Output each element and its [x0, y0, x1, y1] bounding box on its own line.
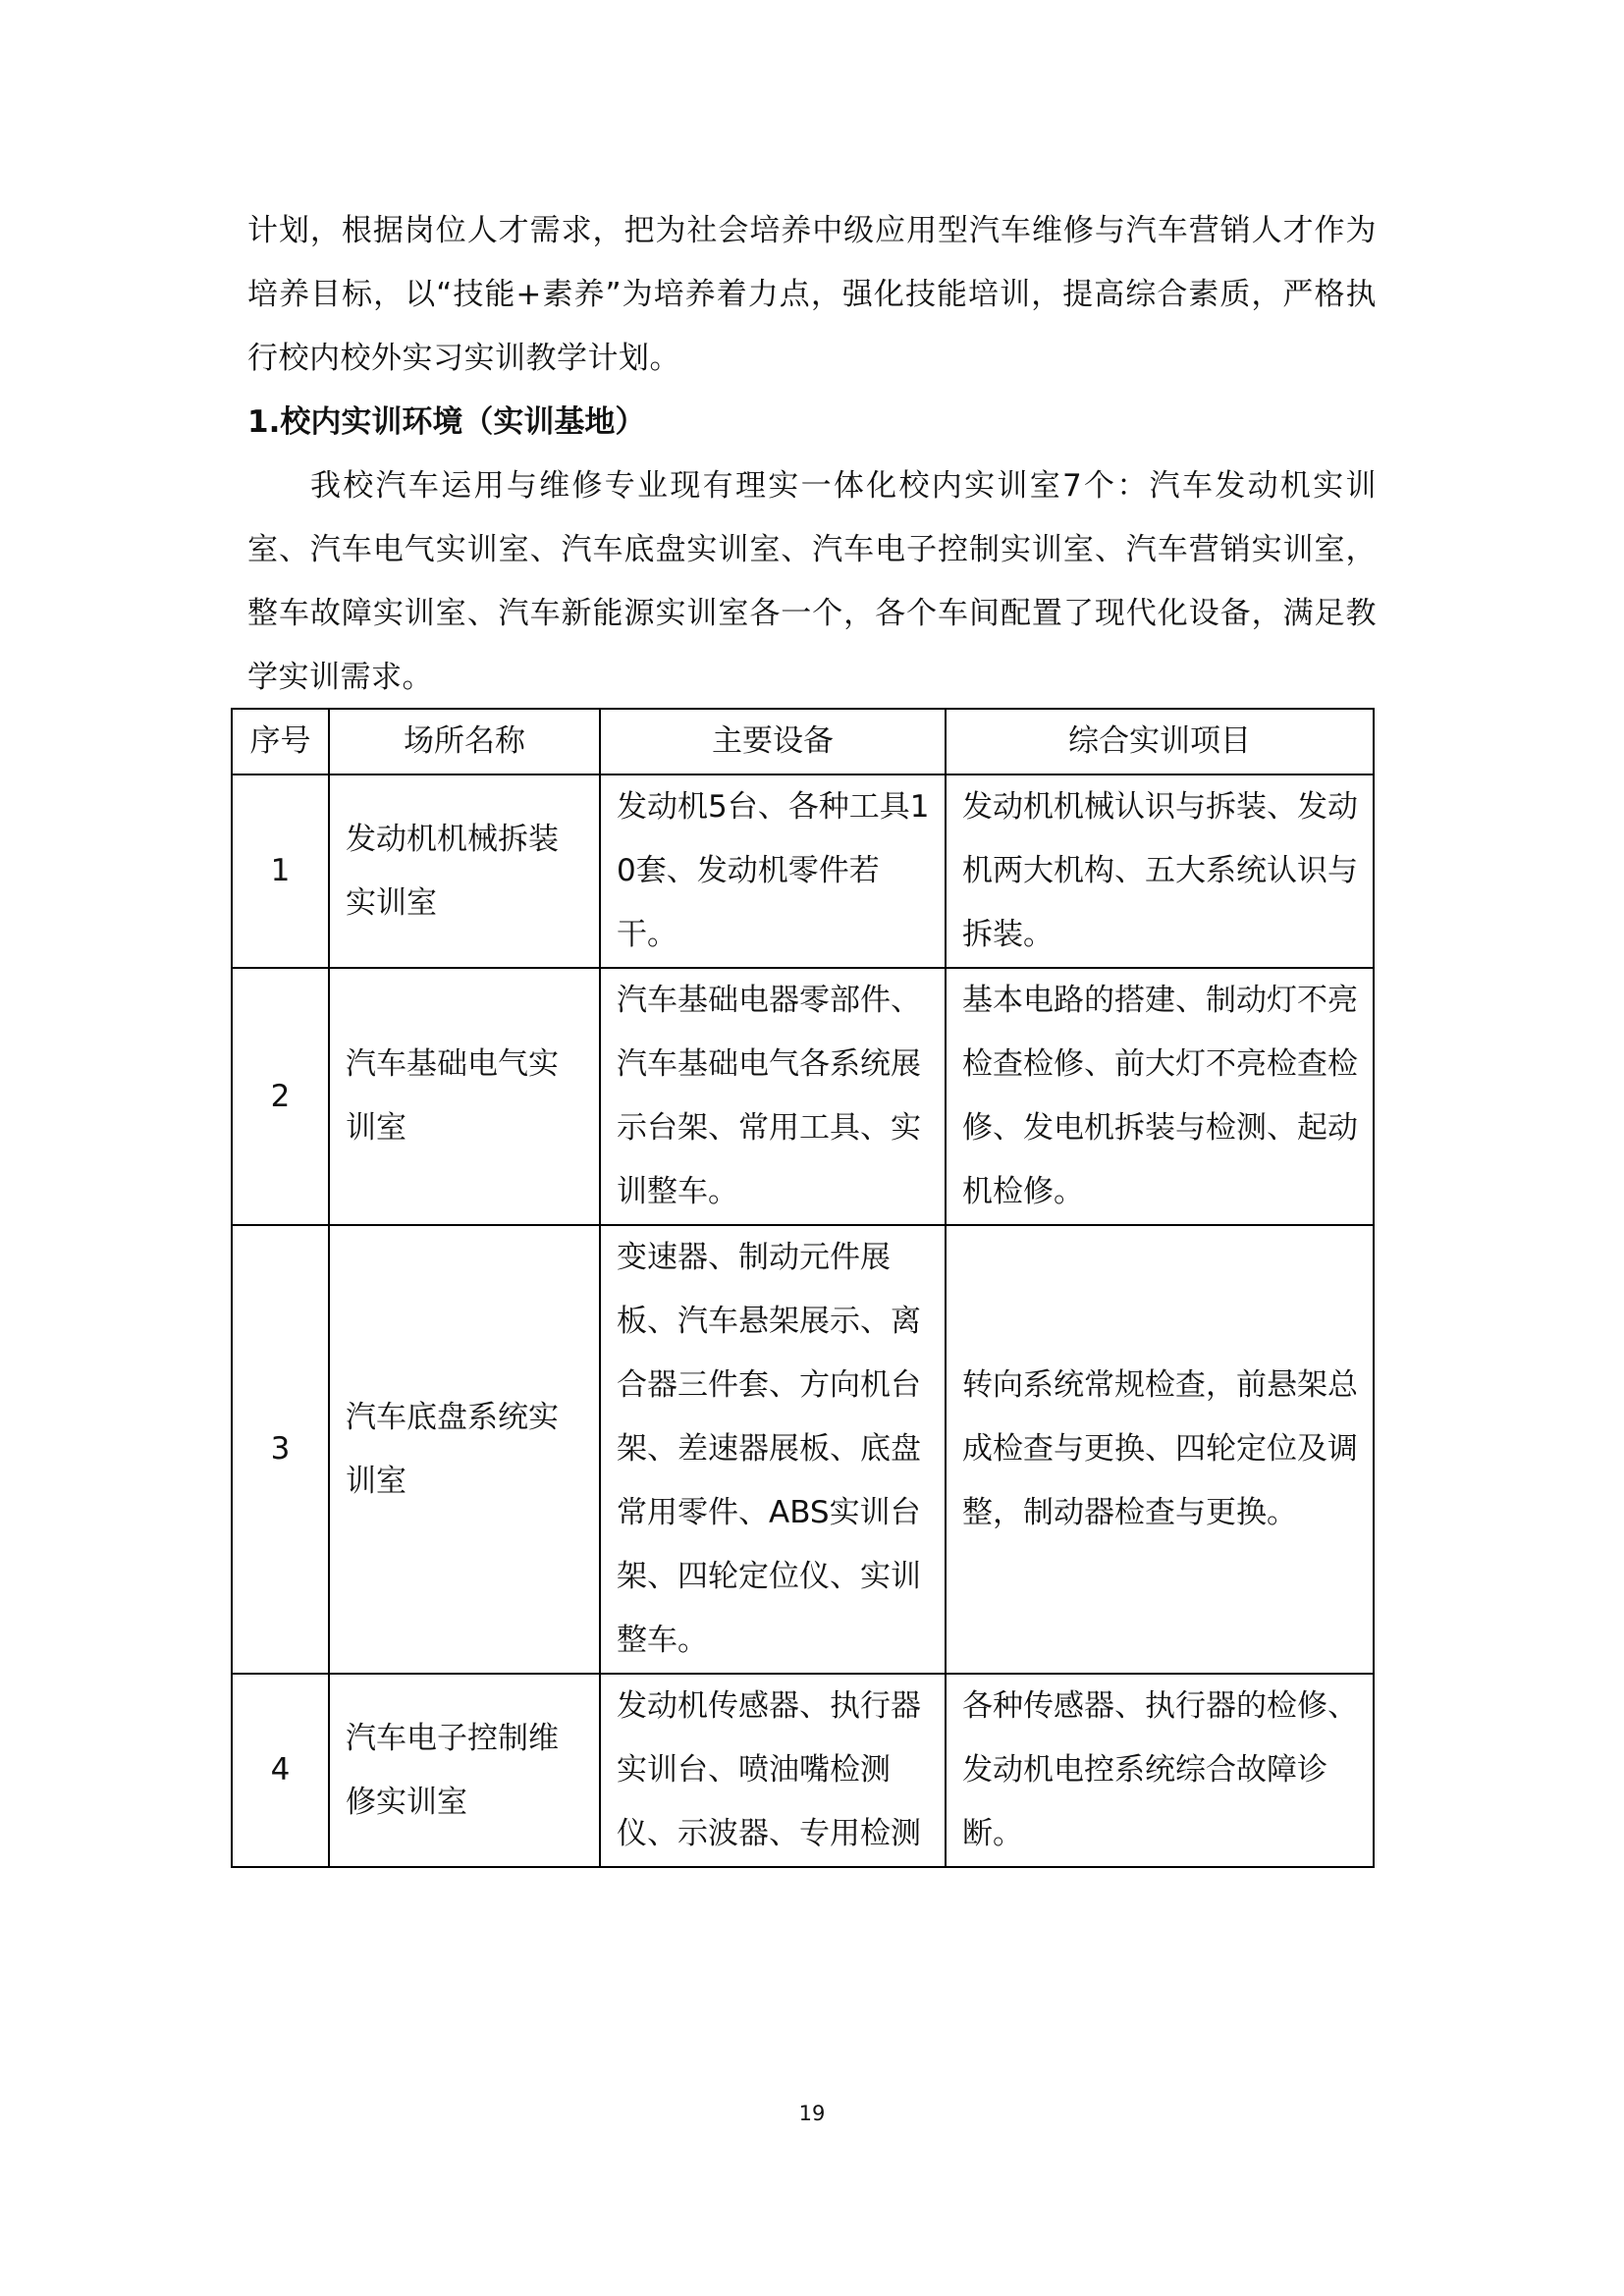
body-paragraph-intro: 计划，根据岗位人才需求，把为社会培养中级应用型汽车维修与汽车营销人才作为培养目标… [247, 199, 1377, 391]
body-paragraph-facilities: 我校汽车运用与维修专业现有理实一体化校内实训室7个：汽车发动机实训室、汽车电气实… [247, 454, 1377, 710]
row-number: 2 [232, 968, 329, 1225]
header-facility-name: 场所名称 [329, 709, 600, 774]
table-row: 3 汽车底盘系统实训室 变速器、制动元件展板、汽车悬架展示、离合器三件套、方向机… [232, 1225, 1374, 1674]
facility-name: 汽车基础电气实训室 [329, 968, 600, 1225]
facility-name: 汽车电子控制维修实训室 [329, 1674, 600, 1867]
facility-name: 发动机机械拆装实训室 [329, 774, 600, 968]
facilities-table: 序号 场所名称 主要设备 综合实训项目 1 发动机机械拆装实训室 发动机5台、各… [231, 708, 1375, 1868]
table-row: 1 发动机机械拆装实训室 发动机5台、各种工具10套、发动机零件若干。 发动机机… [232, 774, 1374, 968]
training-projects: 发动机机械认识与拆装、发动机两大机构、五大系统认识与拆装。 [946, 774, 1374, 968]
main-equipment: 变速器、制动元件展板、汽车悬架展示、离合器三件套、方向机台架、差速器展板、底盘常… [600, 1225, 946, 1674]
training-projects: 基本电路的搭建、制动灯不亮检查检修、前大灯不亮检查检修、发电机拆装与检测、起动机… [946, 968, 1374, 1225]
main-equipment: 发动机传感器、执行器实训台、喷油嘴检测仪、示波器、专用检测 [600, 1674, 946, 1867]
training-projects: 各种传感器、执行器的检修、发动机电控系统综合故障诊断。 [946, 1674, 1374, 1867]
table-row: 2 汽车基础电气实训室 汽车基础电器零部件、汽车基础电气各系统展示台架、常用工具… [232, 968, 1374, 1225]
facility-name: 汽车底盘系统实训室 [329, 1225, 600, 1674]
row-number: 1 [232, 774, 329, 968]
header-main-equipment: 主要设备 [600, 709, 946, 774]
table-row: 4 汽车电子控制维修实训室 发动机传感器、执行器实训台、喷油嘴检测仪、示波器、专… [232, 1674, 1374, 1867]
row-number: 4 [232, 1674, 329, 1867]
section-heading: 1.校内实训环境（实训基地） [247, 391, 645, 454]
header-number: 序号 [232, 709, 329, 774]
main-equipment: 发动机5台、各种工具10套、发动机零件若干。 [600, 774, 946, 968]
table-header-row: 序号 场所名称 主要设备 综合实训项目 [232, 709, 1374, 774]
header-training-projects: 综合实训项目 [946, 709, 1374, 774]
training-projects: 转向系统常规检查，前悬架总成检查与更换、四轮定位及调整，制动器检查与更换。 [946, 1225, 1374, 1674]
main-equipment: 汽车基础电器零部件、汽车基础电气各系统展示台架、常用工具、实训整车。 [600, 968, 946, 1225]
page-number: 19 [0, 2099, 1624, 2128]
row-number: 3 [232, 1225, 329, 1674]
